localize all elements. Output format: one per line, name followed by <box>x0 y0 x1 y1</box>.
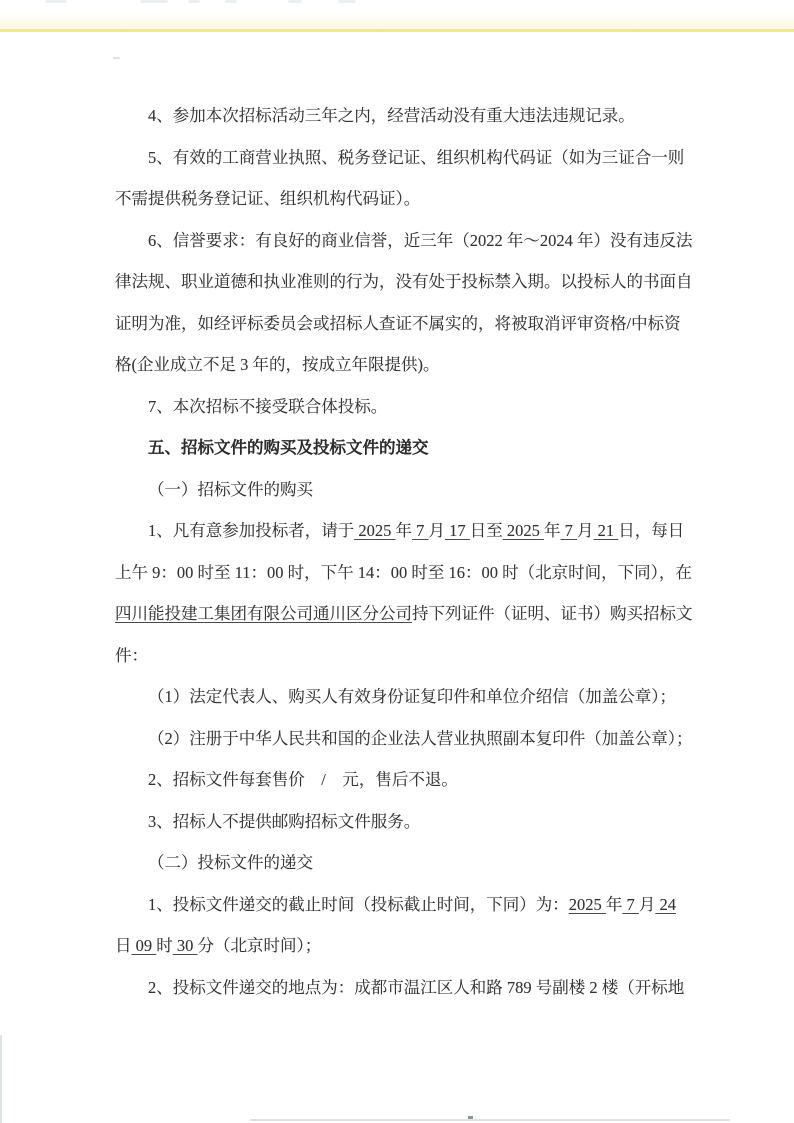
section-heading: 五、招标文件的购买及投标文件的递交 <box>115 427 681 469</box>
text-segment: 日，每日 <box>618 521 684 540</box>
highlighter-line <box>0 29 794 32</box>
document-text-block: 4、参加本次招标活动三年之内，经营活动没有重大违法违规记录。5、有效的工商营业执… <box>115 95 681 1008</box>
text-segment: 分（北京时间）； <box>198 936 322 955</box>
text-line: 件： <box>115 635 681 677</box>
text-segment: 律法规、职业道德和执业准则的行为，没有处于投标禁入期。以投标人的书面自 <box>115 272 693 291</box>
text-segment: 上午 9：00 时至 11：00 时，下午 14：00 时至 16：00 时（北… <box>115 563 692 582</box>
text-segment: 年 <box>396 521 413 540</box>
underlined-fill-in: 24 <box>655 895 676 914</box>
text-segment: （二）投标文件的递交 <box>148 853 313 872</box>
highlighter-wash <box>0 12 794 29</box>
scan-edge-artifact <box>250 1119 730 1121</box>
scan-edge-artifact <box>0 1035 2 1123</box>
underlined-fill-in: 2025 <box>569 895 606 914</box>
text-segment: 五、招标文件的购买及投标文件的递交 <box>148 438 429 457</box>
scan-artifact <box>288 0 302 3</box>
scan-artifact <box>45 0 67 3</box>
text-segment: 2、投标文件递交的地点为：成都市温江区人和路 789 号副楼 2 楼（开标地 <box>148 978 684 997</box>
text-segment: （2）注册于中华人民共和国的企业法人营业执照副本复印件（加盖公章）； <box>148 729 693 748</box>
text-segment: （一）招标文件的购买 <box>148 480 313 499</box>
underlined-fill-in: 7 <box>561 521 578 540</box>
underlined-fill-in: 21 <box>594 521 619 540</box>
scan-artifact <box>140 0 168 3</box>
text-line: （2）注册于中华人民共和国的企业法人营业执照副本复印件（加盖公章）； <box>115 718 681 760</box>
text-line: 四川能投建工集团有限公司通川区分公司持下列证件（证明、证书）购买招标文 <box>115 593 681 635</box>
text-segment: 证明为准，如经评标委员会或招标人查证不属实的，将被取消评审资格/中标资 <box>115 314 681 333</box>
text-line: 1、凡有意参加投标者，请于 2025 年 7 月 17 日至 2025 年 7 … <box>115 510 681 552</box>
underlined-fill-in: 7 <box>622 895 639 914</box>
underlined-fill-in: 7 <box>412 521 429 540</box>
text-segment: 日 <box>115 936 132 955</box>
text-segment: 时 <box>156 936 173 955</box>
text-segment: 5、有效的工商营业执照、税务登记证、组织机构代码证（如为三证合一则 <box>148 148 684 167</box>
text-line: 日 09 时 30 分（北京时间）； <box>115 925 681 967</box>
text-line: 证明为准，如经评标委员会或招标人查证不属实的，将被取消评审资格/中标资 <box>115 303 681 345</box>
text-segment: 3、招标人不提供邮购招标文件服务。 <box>148 812 420 831</box>
text-line: 格(企业成立不足 3 年的，按成立年限提供)。 <box>115 344 681 386</box>
text-segment: 日至 <box>470 521 503 540</box>
underlined-fill-in: 四川能投建工集团有限公司通川区分公司 <box>115 604 412 623</box>
scan-artifact <box>113 57 120 59</box>
text-line: （1）法定代表人、购买人有效身份证复印件和单位介绍信（加盖公章）； <box>115 676 681 718</box>
scanned-document-page: 4、参加本次招标活动三年之内，经营活动没有重大违法违规记录。5、有效的工商营业执… <box>0 0 794 1123</box>
text-segment: 1、凡有意参加投标者，请于 <box>148 521 354 540</box>
underlined-fill-in: 30 <box>173 936 198 955</box>
scan-artifact <box>338 0 356 3</box>
scan-artifact <box>225 0 237 3</box>
underlined-fill-in: 2025 <box>354 521 395 540</box>
text-segment: 1、投标文件递交的截止时间（投标截止时间，下同）为： <box>148 895 569 914</box>
text-segment: 4、参加本次招标活动三年之内，经营活动没有重大违法违规记录。 <box>148 106 635 125</box>
underlined-fill-in: 2025 <box>503 521 544 540</box>
text-segment: 月 <box>429 521 446 540</box>
scan-artifact <box>468 1116 473 1119</box>
text-line: 7、本次招标不接受联合体投标。 <box>115 386 681 428</box>
underlined-fill-in: 17 <box>445 521 470 540</box>
text-segment: 月 <box>639 895 656 914</box>
text-line: 2、投标文件递交的地点为：成都市温江区人和路 789 号副楼 2 楼（开标地 <box>115 967 681 1009</box>
scan-artifact <box>188 0 200 3</box>
text-segment: 格(企业成立不足 3 年的，按成立年限提供)。 <box>115 355 440 374</box>
text-segment: （1）法定代表人、购买人有效身份证复印件和单位介绍信（加盖公章）； <box>148 687 676 706</box>
text-line: 6、信誉要求：有良好的商业信誉，近三年（2022 年～2024 年）没有违反法 <box>115 220 681 262</box>
text-segment: 7、本次招标不接受联合体投标。 <box>148 397 387 416</box>
text-line: 4、参加本次招标活动三年之内，经营活动没有重大违法违规记录。 <box>115 95 681 137</box>
text-segment: 持下列证件（证明、证书）购买招标文 <box>412 604 693 623</box>
text-line: 2、招标文件每套售价 / 元，售后不退。 <box>115 759 681 801</box>
underlined-fill-in: 09 <box>132 936 157 955</box>
text-line: 3、招标人不提供邮购招标文件服务。 <box>115 801 681 843</box>
text-segment: 年 <box>544 521 561 540</box>
text-segment: 不需提供税务登记证、组织机构代码证）。 <box>115 189 420 208</box>
text-segment: 2、招标文件每套售价 / 元，售后不退。 <box>148 770 458 789</box>
text-line: （一）招标文件的购买 <box>115 469 681 511</box>
text-segment: 月 <box>577 521 594 540</box>
text-line: 不需提供税务登记证、组织机构代码证）。 <box>115 178 681 220</box>
text-line: （二）投标文件的递交 <box>115 842 681 884</box>
text-segment: 6、信誉要求：有良好的商业信誉，近三年（2022 年～2024 年）没有违反法 <box>148 231 693 250</box>
text-line: 上午 9：00 时至 11：00 时，下午 14：00 时至 16：00 时（北… <box>115 552 681 594</box>
text-line: 1、投标文件递交的截止时间（投标截止时间，下同）为：2025 年 7 月 24 <box>115 884 681 926</box>
text-line: 律法规、职业道德和执业准则的行为，没有处于投标禁入期。以投标人的书面自 <box>115 261 681 303</box>
text-segment: 件： <box>115 646 148 665</box>
text-line: 5、有效的工商营业执照、税务登记证、组织机构代码证（如为三证合一则 <box>115 137 681 179</box>
text-segment: 年 <box>606 895 623 914</box>
